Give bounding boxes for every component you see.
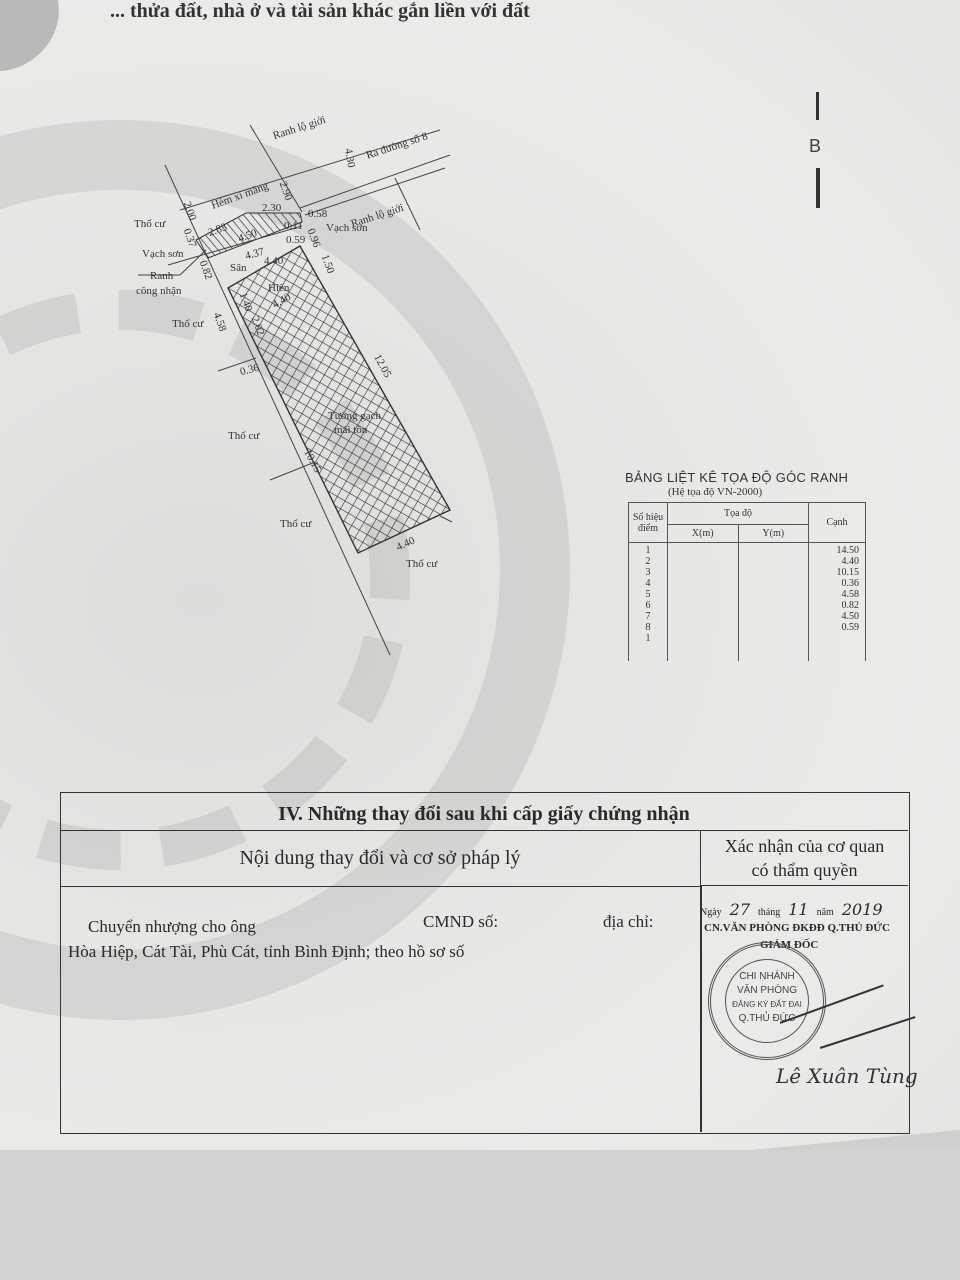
official-stamp: CHI NHÁNH VĂN PHÒNG ĐĂNG KÝ ĐẤT ĐAI Q.TH… bbox=[708, 942, 826, 1060]
stamp-inner: CHI NHÁNH VĂN PHÒNG ĐĂNG KÝ ĐẤT ĐAI Q.TH… bbox=[725, 959, 809, 1043]
point-id: 8 bbox=[629, 622, 667, 633]
office-name: CN.VĂN PHÒNG ĐKĐĐ Q.THỦ ĐỨC bbox=[704, 922, 890, 934]
label-cong-nhan: công nhận bbox=[136, 285, 182, 297]
edge-length: 0.36 bbox=[809, 578, 859, 589]
edge-length: 4.58 bbox=[809, 589, 859, 600]
address-label: địa chỉ: bbox=[603, 912, 654, 932]
desk-surface bbox=[0, 1150, 960, 1280]
label-vach-son-right: Vạch sơn bbox=[326, 222, 368, 234]
coord-table-title: BẢNG LIỆT KÊ TỌA ĐỘ GÓC RANH bbox=[625, 470, 848, 485]
date-day: 27 bbox=[730, 900, 750, 919]
label-san: Sân bbox=[230, 262, 247, 274]
header-y: Y(m) bbox=[738, 525, 809, 543]
dim: 0.11 bbox=[284, 220, 303, 232]
coord-table: Số hiệu điểm Tọa độ Cạnh X(m) Y(m) 12345… bbox=[628, 502, 866, 661]
date-year: 2019 bbox=[842, 900, 883, 919]
date-year-label: năm bbox=[817, 907, 834, 918]
label-tho-cu-2: Thổ cư bbox=[172, 318, 203, 330]
label-ranh: Ranh bbox=[150, 270, 173, 282]
right-header-line2: có thẩm quyền bbox=[701, 858, 908, 882]
x-col bbox=[668, 543, 739, 661]
dim: 0.58 bbox=[308, 208, 327, 220]
point-id: 7 bbox=[629, 611, 667, 622]
stamp-line: ĐĂNG KÝ ĐẤT ĐAI bbox=[726, 998, 808, 1012]
edge-length: 14.50 bbox=[809, 545, 859, 556]
confirmation-date: Ngày27tháng11năm2019 bbox=[700, 900, 891, 919]
label-tho-cu-4: Thổ cư bbox=[280, 518, 311, 530]
changes-left-header: Nội dung thay đổi và cơ sở pháp lý bbox=[60, 830, 701, 887]
dim: 4.40 bbox=[264, 255, 283, 267]
changes-right-header: Xác nhận của cơ quan có thẩm quyền bbox=[701, 830, 908, 886]
land-plot-diagram bbox=[0, 0, 960, 800]
dim: 2.30 bbox=[262, 202, 281, 214]
header-point: Số hiệu điểm bbox=[629, 503, 668, 543]
date-month-label: tháng bbox=[758, 907, 780, 918]
point-id: 3 bbox=[629, 567, 667, 578]
label-mai-ton: mái tôn bbox=[334, 424, 367, 436]
label-tho-cu-1: Thổ cư bbox=[134, 218, 165, 230]
point-id: 1 bbox=[629, 633, 667, 644]
points-col: 123456781 bbox=[629, 543, 668, 661]
y-col bbox=[738, 543, 809, 661]
edges-col: 14.504.4010.150.364.580.824.500.59 bbox=[809, 543, 866, 661]
edge-length: 10.15 bbox=[809, 567, 859, 578]
stamp-line: VĂN PHÒNG bbox=[726, 984, 808, 998]
column-divider bbox=[700, 886, 702, 1132]
right-header-line1: Xác nhận của cơ quan bbox=[701, 834, 908, 858]
edge-length bbox=[809, 633, 859, 644]
date-day-label: Ngày bbox=[700, 907, 722, 918]
point-id: 1 bbox=[629, 545, 667, 556]
label-tho-cu-3: Thổ cư bbox=[228, 430, 259, 442]
point-id: 5 bbox=[629, 589, 667, 600]
edge-length: 0.82 bbox=[809, 600, 859, 611]
header-coord: Tọa độ bbox=[668, 503, 809, 525]
address-text: Hòa Hiệp, Cát Tài, Phù Cát, tỉnh Bình Đị… bbox=[68, 942, 464, 962]
point-id: 2 bbox=[629, 556, 667, 567]
date-month: 11 bbox=[788, 900, 808, 919]
transfer-text: Chuyển nhượng cho ông bbox=[88, 917, 256, 937]
point-id: 6 bbox=[629, 600, 667, 611]
edge-length: 0.59 bbox=[809, 622, 859, 633]
dim: 0.59 bbox=[286, 234, 305, 246]
header-x: X(m) bbox=[668, 525, 739, 543]
label-tho-cu-5: Thổ cư bbox=[406, 558, 437, 570]
signer-name: Lê Xuân Tùng bbox=[776, 1064, 918, 1088]
point-id: 4 bbox=[629, 578, 667, 589]
changes-section: IV. Những thay đổi sau khi cấp giấy chứn… bbox=[60, 792, 920, 1140]
stamp-line: CHI NHÁNH bbox=[726, 970, 808, 984]
header-edge: Cạnh bbox=[809, 503, 866, 543]
changes-title: IV. Những thay đổi sau khi cấp giấy chứn… bbox=[60, 792, 908, 831]
coord-table-subtitle: (Hệ tọa độ VN-2000) bbox=[668, 486, 762, 498]
edge-length: 4.40 bbox=[809, 556, 859, 567]
edge-length: 4.50 bbox=[809, 611, 859, 622]
label-tuong-gach: Tường gạch bbox=[328, 410, 381, 422]
label-vach-son-left: Vạch sơn bbox=[142, 248, 184, 260]
stamp-line: Q.THỦ ĐỨC bbox=[726, 1012, 808, 1026]
id-number-label: CMND số: bbox=[423, 912, 498, 932]
